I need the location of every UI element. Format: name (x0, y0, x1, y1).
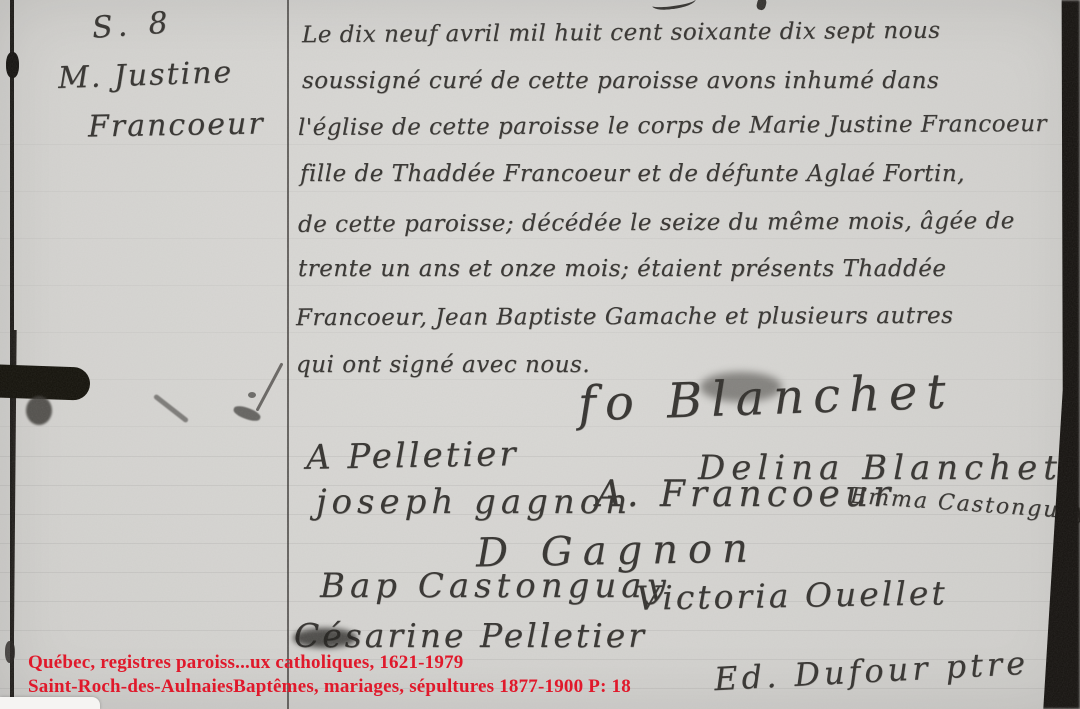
signature: joseph gagnon (316, 482, 632, 522)
binding-ink-blob (6, 52, 19, 78)
act-body-line: Le dix neuf avril mil huit cent soixante… (302, 18, 941, 48)
act-body-line: soussigné curé de cette paroisse avons i… (302, 68, 939, 94)
margin-column-rule (287, 0, 289, 709)
act-body-line: fille de Thaddée Francoeur et de défunte… (300, 161, 965, 187)
cutoff-stroke-top (756, 0, 768, 11)
register-scan-viewport: S. 8 M. Justine Francoeur Le dix neuf av… (0, 0, 1080, 709)
act-body-line: qui ont signé avec nous. (296, 352, 590, 378)
act-body-line: Francoeur, Jean Baptiste Gamache et plus… (296, 303, 954, 331)
cutoff-stroke-top (651, 0, 696, 11)
act-body-line: trente un ans et onze mois; étaient prés… (298, 256, 947, 282)
act-body-line: de cette paroisse; décédée le seize du m… (298, 208, 1015, 238)
margin-name-line1: M. Justine (57, 55, 233, 96)
ink-smudge (700, 372, 782, 402)
corner-ui-fragment (0, 697, 100, 709)
margin-name-line2: Francoeur (88, 106, 265, 144)
stray-pen-dot (248, 392, 256, 398)
act-body-line: l'église de cette paroisse le corps de M… (298, 111, 1047, 141)
ink-blot-small (26, 396, 52, 425)
source-detail-overlay: Saint-Roch-des-AulnaiesBaptêmes, mariage… (28, 676, 631, 698)
signature: Bap Castonguay (320, 566, 671, 606)
signature: A Pelletier (306, 434, 519, 478)
collection-title-overlay: Québec, registres paroiss...ux catholiqu… (28, 652, 463, 674)
ink-smudge (293, 628, 357, 648)
margin-entry-code: S. 8 (91, 5, 175, 46)
signature: Victoria Ouellet (636, 573, 948, 617)
ink-blot (0, 364, 91, 400)
binding-ink-blob-bottom (5, 641, 15, 663)
